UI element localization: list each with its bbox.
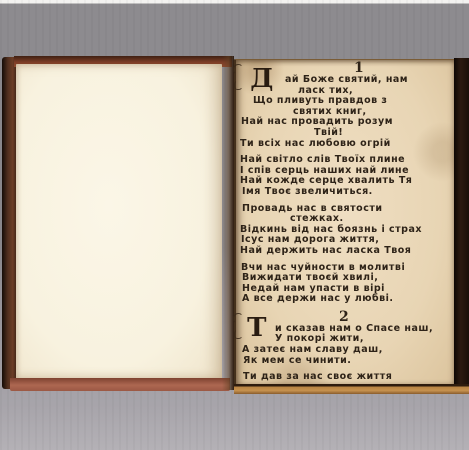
stanza-number: 2 <box>339 311 456 324</box>
poem-line: Най держить нас ласка Твоя <box>240 246 456 257</box>
blank-left-page <box>16 64 222 380</box>
book-scan-photo: 1Дай Боже святий, намласк тих,Що пливуть… <box>0 0 469 450</box>
ornamental-initial: Т <box>242 315 272 335</box>
poem-line: Ти дав за нас своє життя <box>243 372 456 383</box>
poem-line: Як мем се чинити. <box>243 356 456 367</box>
poem-line: Імя Твоє звеличиться. <box>242 187 456 198</box>
right-page-bottom-cover-edge <box>234 384 469 394</box>
hymn-poem-text: 1Дай Боже святий, намласк тих,Що пливуть… <box>236 60 456 383</box>
book-cover-left-edge <box>2 57 17 389</box>
poem-line: Ти всіх нас любовю огрій <box>240 139 456 150</box>
book-gutter-shadow <box>222 56 234 390</box>
poem-line: Провадь нас в святости <box>242 204 456 215</box>
poem-line: Най нас провадить розум <box>241 117 456 128</box>
poem-line: Дай Боже святий, нам <box>240 75 456 86</box>
ornamental-initial: Д <box>242 66 282 86</box>
left-page-bottom-cover-edge <box>10 378 230 391</box>
book-cover-right-edge <box>454 58 469 391</box>
hymn-text-page: 1Дай Боже святий, намласк тих,Що пливуть… <box>234 59 456 388</box>
poem-line: Твій! <box>314 128 456 139</box>
poem-line: А все держи нас у любві. <box>242 294 456 305</box>
